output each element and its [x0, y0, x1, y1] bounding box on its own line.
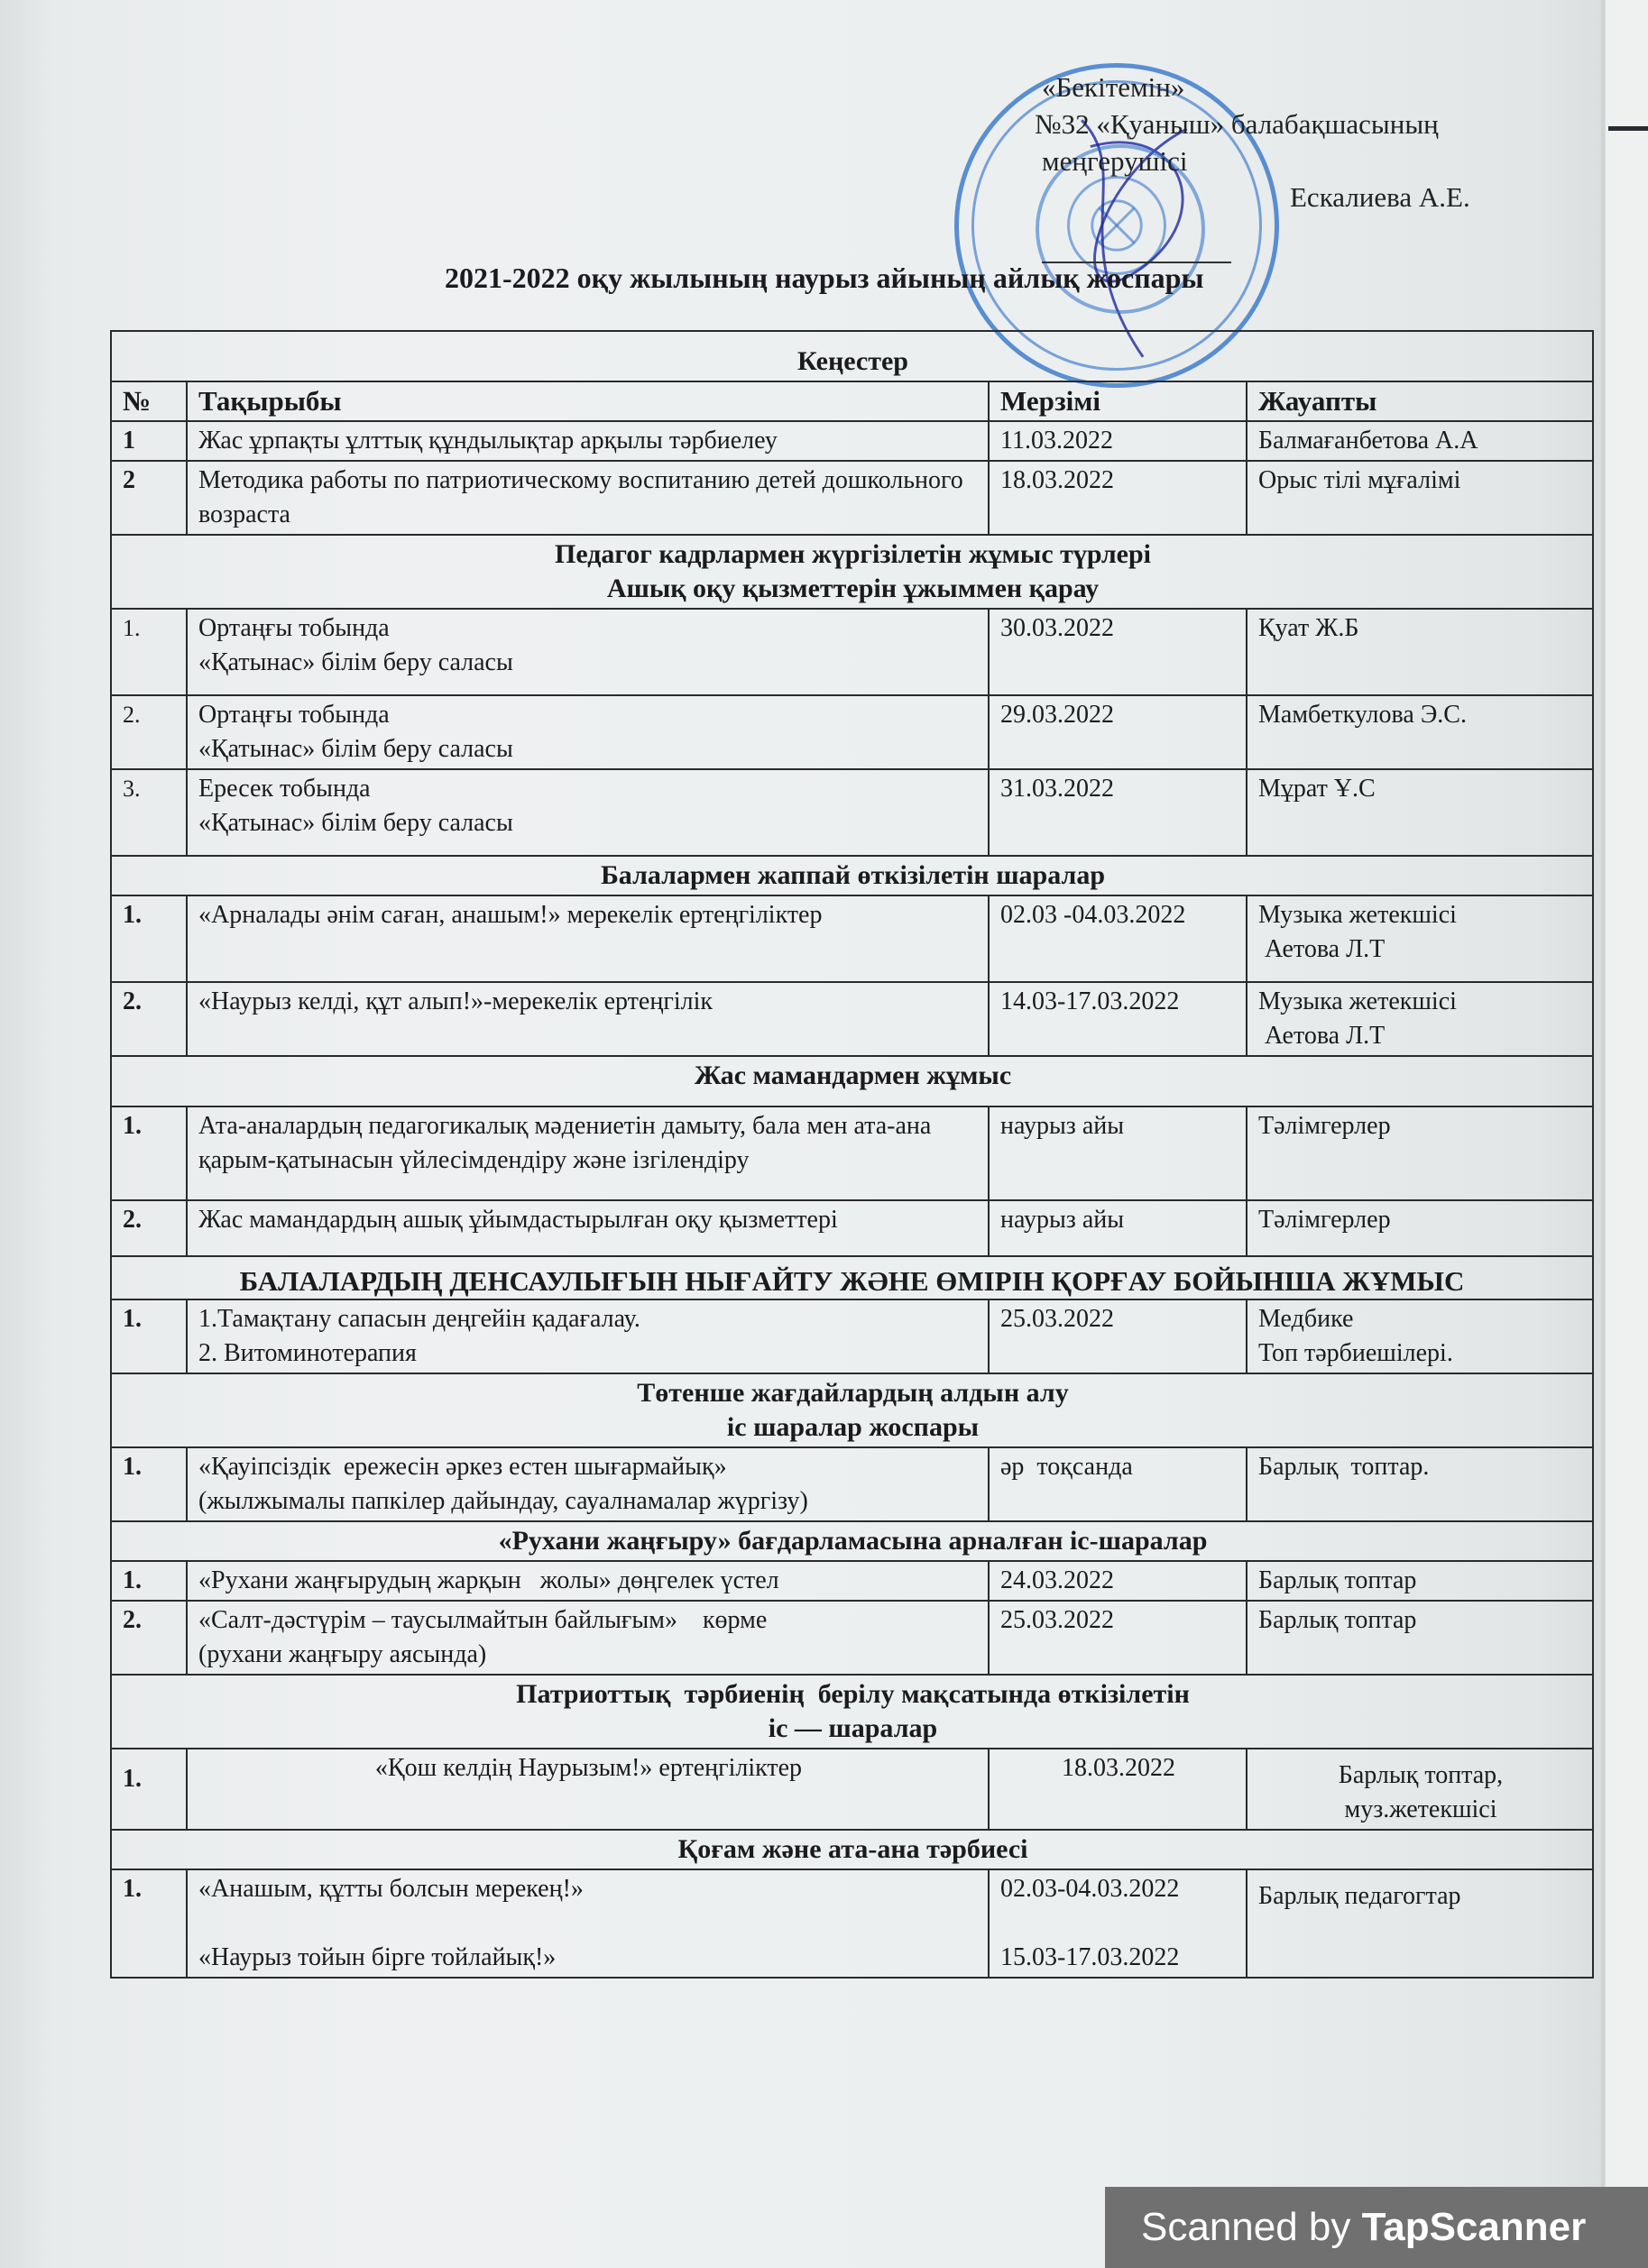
row-date: 18.03.2022	[989, 1749, 1247, 1830]
approval-label: «Бекітемін»	[1042, 69, 1439, 106]
row-topic: Методика работы по патриотическому воспи…	[187, 461, 989, 535]
section-heading-row: Жас мамандармен жұмыс	[111, 1056, 1593, 1106]
responsible-line: Топ тәрбиешілері.	[1258, 1336, 1583, 1371]
approval-block: «Бекітемін» №32 «Қуаныш» балабақшасының …	[1042, 69, 1439, 179]
document-title: 2021-2022 оқу жылының наурыз айының айлы…	[445, 262, 1203, 295]
row-date: наурыз айы	[989, 1200, 1247, 1256]
row-num: 1.	[111, 895, 187, 982]
approval-signatory: Ескалиева А.Е.	[1290, 179, 1470, 216]
row-topic: «Рухани жаңғырудың жарқын жолы» дөңгелек…	[187, 1561, 989, 1601]
section-heading: Қоғам және ата-ана тәрбиесі	[111, 1830, 1593, 1869]
section-subheading-line: іс — шаралар	[123, 1712, 1583, 1746]
row-topic: Ортаңғы тобында«Қатынас» білім беру сала…	[187, 609, 989, 695]
adjacent-page-strip	[1606, 0, 1648, 2268]
table-row: 1. Ата-аналардың педагогикалық мәдениеті…	[111, 1106, 1593, 1200]
row-responsible: Мұрат Ұ.С	[1247, 769, 1593, 856]
row-date: наурыз айы	[989, 1106, 1247, 1200]
row-topic: 1.Тамақтану сапасын деңгейін қадағалау.2…	[187, 1299, 989, 1373]
watermark-brand: TapScanner	[1362, 2205, 1587, 2249]
row-topic: «Арналады әнім саған, анашым!» мерекелік…	[187, 895, 989, 982]
section-heading-row: «Рухани жаңғыру» бағдарламасына арналған…	[111, 1521, 1593, 1561]
row-topic: «Қош келдің Наурызым!» ертеңгіліктер	[187, 1749, 989, 1830]
section-heading: Төтенше жағдайлардың алдын алу іс шарала…	[111, 1373, 1593, 1447]
row-num: 1.	[111, 1447, 187, 1521]
responsible-line: Музыка жетекшісі	[1258, 985, 1583, 1019]
watermark-prefix: Scanned by	[1141, 2205, 1362, 2249]
responsible-line: Барлық топтар,	[1258, 1758, 1583, 1793]
topic-line: «Қатынас» білім беру саласы	[198, 806, 979, 840]
table-row: 1. «Қауіпсіздік ережесін әркез естен шығ…	[111, 1447, 1593, 1521]
row-responsible: Барлық топтар	[1247, 1601, 1593, 1675]
row-num: 2	[111, 461, 187, 535]
header-num: №	[111, 381, 187, 421]
section-heading-row: Педагог кадрлармен жүргізілетін жұмыс тү…	[111, 535, 1593, 609]
row-num: 1.	[111, 609, 187, 695]
topic-line: 2. Витоминотерапия	[198, 1336, 979, 1371]
date-line: 15.03-17.03.2022	[1000, 1941, 1237, 1975]
topic-line: «Қатынас» білім беру саласы	[198, 646, 979, 680]
table-row: 3. Ересек тобында«Қатынас» білім беру са…	[111, 769, 1593, 856]
row-topic: «Наурыз келді, құт алып!»-мерекелік ерте…	[187, 982, 989, 1056]
topic-line: «Қатынас» білім беру саласы	[198, 732, 979, 767]
table-row: 2. Ортаңғы тобында«Қатынас» білім беру с…	[111, 695, 1593, 769]
section-subheading-line: Ашық оқу қызметтерін ұжыммен қарау	[123, 572, 1583, 606]
row-responsible: Тәлімгерлер	[1247, 1200, 1593, 1256]
header-responsible: Жауапты	[1247, 381, 1593, 421]
topic-line: Ортаңғы тобында	[198, 611, 979, 646]
section-heading: БАЛАЛАРДЫҢ ДЕНСАУЛЫҒЫН НЫҒАЙТУ ЖӘНЕ ӨМІР…	[111, 1256, 1593, 1299]
section-heading-row: БАЛАЛАРДЫҢ ДЕНСАУЛЫҒЫН НЫҒАЙТУ ЖӘНЕ ӨМІР…	[111, 1256, 1593, 1299]
table-row: 1. 1.Тамақтану сапасын деңгейін қадағала…	[111, 1299, 1593, 1373]
section-heading: Патриоттық тәрбиенің берілу мақсатында ө…	[111, 1675, 1593, 1749]
adjacent-page-rule	[1608, 126, 1648, 131]
row-responsible: Орыс тілі мұғалімі	[1247, 461, 1593, 535]
date-line: 02.03-04.03.2022	[1000, 1872, 1237, 1906]
table-row: 1 Жас ұрпақты ұлттық құндылықтар арқылы …	[111, 421, 1593, 461]
row-topic: Ата-аналардың педагогикалық мәдениетін д…	[187, 1106, 989, 1200]
row-date: 02.03 -04.03.2022	[989, 895, 1247, 982]
row-num: 1.	[111, 1299, 187, 1373]
responsible-line: Музыка жетекшісі	[1258, 898, 1583, 932]
row-num: 1.	[111, 1106, 187, 1200]
row-date: 02.03-04.03.202215.03-17.03.2022	[989, 1869, 1247, 1978]
row-topic: Ортаңғы тобында«Қатынас» білім беру сала…	[187, 695, 989, 769]
table-row: 1. «Рухани жаңғырудың жарқын жолы» дөңге…	[111, 1561, 1593, 1601]
row-num: 2.	[111, 695, 187, 769]
row-date: 31.03.2022	[989, 769, 1247, 856]
header-date: Мерзімі	[989, 381, 1247, 421]
section-subheading-line: іс шаралар жоспары	[123, 1410, 1583, 1445]
topic-line: 1.Тамақтану сапасын деңгейін қадағалау.	[198, 1302, 979, 1336]
row-num: 2.	[111, 1200, 187, 1256]
row-responsible: Барлық топтар	[1247, 1561, 1593, 1601]
table-row: 2. «Наурыз келді, құт алып!»-мерекелік е…	[111, 982, 1593, 1056]
row-topic: Ересек тобында«Қатынас» білім беру салас…	[187, 769, 989, 856]
responsible-line: Аетова Л.Т	[1258, 932, 1583, 967]
topic-line: «Қауіпсіздік ережесін әркез естен шығарм…	[198, 1450, 979, 1484]
row-num: 3.	[111, 769, 187, 856]
topic-line: Ересек тобында	[198, 772, 979, 806]
section-heading-row: Балалармен жаппай өткізілетін шаралар	[111, 856, 1593, 895]
scanner-watermark: Scanned by TapScanner	[1105, 2187, 1648, 2268]
row-date: 25.03.2022	[989, 1299, 1247, 1373]
section-heading: «Рухани жаңғыру» бағдарламасына арналған…	[111, 1521, 1593, 1561]
section-heading: Педагог кадрлармен жүргізілетін жұмыс тү…	[111, 535, 1593, 609]
table-row: 1. «Қош келдің Наурызым!» ертеңгіліктер …	[111, 1749, 1593, 1830]
table-header-row: № Тақырыбы Мерзімі Жауапты	[111, 381, 1593, 421]
row-date: 11.03.2022	[989, 421, 1247, 461]
row-responsible: Музыка жетекшісі Аетова Л.Т	[1247, 982, 1593, 1056]
section-heading-line: Төтенше жағдайлардың алдын алу	[123, 1376, 1583, 1410]
row-responsible: МедбикеТоп тәрбиешілері.	[1247, 1299, 1593, 1373]
row-responsible: Барлық топтар.	[1247, 1447, 1593, 1521]
row-date: 24.03.2022	[989, 1561, 1247, 1601]
row-num: 1	[111, 421, 187, 461]
row-responsible: Тәлімгерлер	[1247, 1106, 1593, 1200]
row-responsible: Барлық топтар,муз.жетекшісі	[1247, 1749, 1593, 1830]
row-responsible: Музыка жетекшісі Аетова Л.Т	[1247, 895, 1593, 982]
row-date: 30.03.2022	[989, 609, 1247, 695]
section-heading-row: Қоғам және ата-ана тәрбиесі	[111, 1830, 1593, 1869]
approval-position: меңгерушісі	[1042, 142, 1439, 179]
section-heading-line: Патриоттық тәрбиенің берілу мақсатында ө…	[123, 1677, 1583, 1712]
row-responsible: Барлық педагогтар	[1247, 1869, 1593, 1978]
topic-line: «Салт-дәстүрім – таусылмайтын байлығым» …	[198, 1603, 979, 1638]
page-edge-shadow	[1601, 0, 1605, 2268]
row-date: әр тоқсанда	[989, 1447, 1247, 1521]
section-heading-row: Кеңестер	[111, 331, 1593, 381]
monthly-plan-table: Кеңестер № Тақырыбы Мерзімі Жауапты 1 Жа…	[110, 330, 1594, 1979]
row-num: 1.	[111, 1749, 187, 1830]
row-num: 2.	[111, 1601, 187, 1675]
row-num: 1.	[111, 1561, 187, 1601]
row-topic: «Анашым, құтты болсын мерекең!»«Наурыз т…	[187, 1869, 989, 1978]
section-heading: Жас мамандармен жұмыс	[111, 1056, 1593, 1106]
header-topic: Тақырыбы	[187, 381, 989, 421]
row-date: 14.03-17.03.2022	[989, 982, 1247, 1056]
section-heading-row: Төтенше жағдайлардың алдын алу іс шарала…	[111, 1373, 1593, 1447]
table-row: 2. «Салт-дәстүрім – таусылмайтын байлығы…	[111, 1601, 1593, 1675]
topic-line: (жылжымалы папкілер дайындау, сауалнамал…	[198, 1484, 979, 1519]
row-date: 18.03.2022	[989, 461, 1247, 535]
table-row: 2. Жас мамандардың ашық ұйымдастырылған …	[111, 1200, 1593, 1256]
row-topic: Жас мамандардың ашық ұйымдастырылған оқу…	[187, 1200, 989, 1256]
row-topic: «Салт-дәстүрім – таусылмайтын байлығым» …	[187, 1601, 989, 1675]
row-responsible: Мамбеткулова Э.С.	[1247, 695, 1593, 769]
table-row: 2 Методика работы по патриотическому вос…	[111, 461, 1593, 535]
responsible-line: муз.жетекшісі	[1258, 1793, 1583, 1827]
row-date: 29.03.2022	[989, 695, 1247, 769]
table-row: 1. «Арналады әнім саған, анашым!» мереке…	[111, 895, 1593, 982]
row-responsible: Балмағанбетова А.А	[1247, 421, 1593, 461]
row-date: 25.03.2022	[989, 1601, 1247, 1675]
topic-line: «Наурыз тойын бірге тойлайық!»	[198, 1941, 979, 1975]
responsible-line: Аетова Л.Т	[1258, 1019, 1583, 1053]
row-num: 1.	[111, 1869, 187, 1978]
approval-institution: №32 «Қуаныш» балабақшасының	[1035, 106, 1439, 142]
section-heading-row: Патриоттық тәрбиенің берілу мақсатында ө…	[111, 1675, 1593, 1749]
row-num: 2.	[111, 982, 187, 1056]
row-topic: Жас ұрпақты ұлттық құндылықтар арқылы тә…	[187, 421, 989, 461]
row-topic: «Қауіпсіздік ережесін әркез естен шығарм…	[187, 1447, 989, 1521]
table-row: 1. «Анашым, құтты болсын мерекең!»«Науры…	[111, 1869, 1593, 1978]
topic-line: «Анашым, құтты болсын мерекең!»	[198, 1872, 979, 1906]
topic-line: (рухани жаңғыру аясында)	[198, 1638, 979, 1672]
section-heading-line: Педагог кадрлармен жүргізілетін жұмыс тү…	[123, 537, 1583, 572]
section-heading: Кеңестер	[111, 331, 1593, 381]
topic-line: Ортаңғы тобында	[198, 698, 979, 732]
section-heading: Балалармен жаппай өткізілетін шаралар	[111, 856, 1593, 895]
responsible-line: Медбике	[1258, 1302, 1583, 1336]
row-responsible: Қуат Ж.Б	[1247, 609, 1593, 695]
table-row: 1. Ортаңғы тобында«Қатынас» білім беру с…	[111, 609, 1593, 695]
